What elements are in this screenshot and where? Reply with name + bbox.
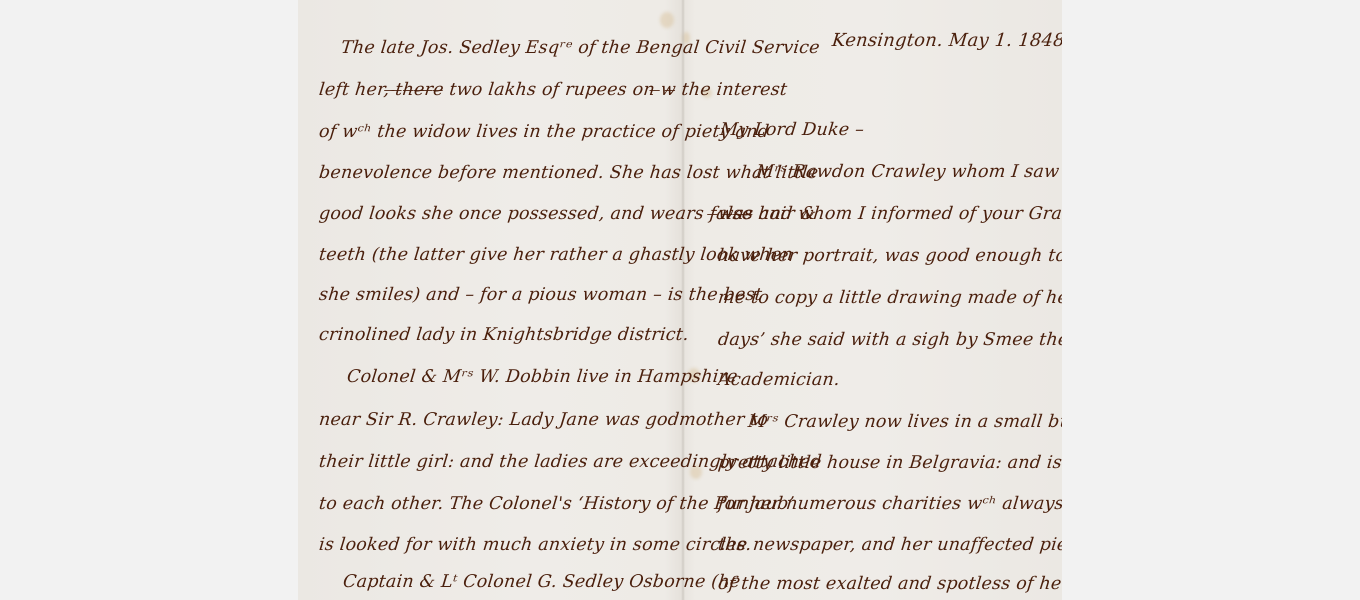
text-line: Mʳˢ Rawdon Crawley whom I saw last week — [755, 162, 1062, 182]
text-line: pretty little house in Belgravia: and is… — [717, 453, 1062, 473]
text-line: days’ she said with a sigh by Smee the R… — [717, 330, 1062, 350]
text-line: Captain & Lᵗ Colonel G. Sedley Osborne (… — [342, 572, 741, 592]
text-line: for her numerous charities wᶜʰ always ge… — [717, 494, 1062, 514]
text-line: crinolined lady in Knightsbridge distric… — [318, 325, 690, 345]
text-line: the newspaper, and her unaffected piety.… — [717, 535, 1062, 555]
text-line: Academician. — [717, 370, 841, 390]
letter-dateline: Kensington. May 1. 1848. — [831, 30, 1062, 51]
left-page: The late Jos. Sedley Esqʳᵉ of the Bengal… — [298, 0, 683, 600]
image-stage: ​ The late Jos. Sedley Esqʳᵉ of the Beng… — [0, 0, 1360, 600]
text-line: me to copy a little drawing made of her … — [717, 288, 1062, 308]
text-line: have her portrait, was good enough to pe… — [717, 246, 1062, 266]
text-line: Colonel & Mʳˢ W. Dobbin live in Hampshir… — [346, 367, 739, 387]
text-line: Mʳˢ Crawley now lives in a small but ver… — [747, 412, 1062, 432]
right-page: Kensington. May 1. 1848. My Lord Duke – … — [683, 0, 1062, 600]
letter-salutation: My Lord Duke – — [719, 120, 865, 140]
text-line: ̶w̶a̶s̶ and whom I informed of your Grac… — [717, 204, 1062, 224]
text-line: of the most exalted and spotless of her … — [717, 574, 1062, 594]
letter-spread: ​ The late Jos. Sedley Esqʳᵉ of the Beng… — [298, 0, 1062, 600]
